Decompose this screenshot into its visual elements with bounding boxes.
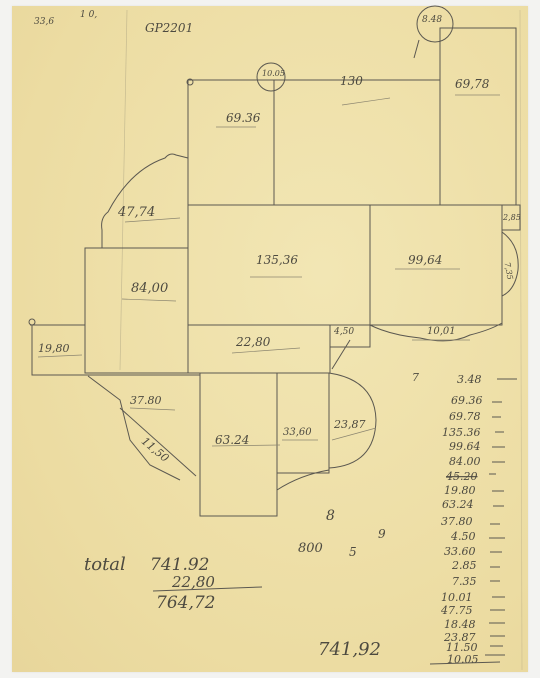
room-area-label: 23,87: [333, 418, 366, 431]
stray-note: 5: [349, 545, 357, 559]
room-area-label: 10,01: [427, 326, 456, 337]
sum-entry: 84.00: [449, 455, 481, 468]
sum-entry: 69.36: [451, 394, 483, 407]
room-area-label: 69,78: [455, 77, 490, 91]
room-area-label: 2,85: [502, 213, 521, 222]
final-total: 741,92: [318, 639, 381, 660]
sum-entry: 10.05: [447, 653, 479, 666]
room-area-label: 130: [340, 74, 363, 88]
sum-entry: 33.60: [444, 545, 476, 558]
sum-entry: 3.48: [457, 373, 482, 386]
addend-value: 22,80: [171, 573, 215, 591]
plan-quarter-circle: [102, 154, 188, 248]
sum-entry: 4.50: [450, 530, 476, 543]
sum-entry: 37.80: [441, 515, 473, 528]
sum-entry: 69.78: [449, 410, 481, 423]
sum-entry: 10.01: [441, 591, 473, 604]
room-area-label: 4,50: [333, 327, 354, 337]
sum-entry: 7.35: [452, 575, 477, 588]
stray-note: 9: [378, 527, 386, 541]
room-area-label: 19,80: [38, 342, 70, 355]
room-area-label: 37.80: [130, 394, 162, 407]
stray-note: 800: [298, 541, 323, 556]
sum-entry: 63.24: [442, 498, 474, 511]
room-area-label: 135,36: [256, 253, 298, 267]
room-area-label: 69.36: [226, 111, 261, 125]
stray-note: 7: [412, 371, 419, 384]
room-area-label: 47,74: [117, 205, 155, 220]
floor-plan-sketch: 69.36 130 69,78 47,74 135,36 99,64 84,00…: [0, 0, 540, 678]
header-notes: GP2201 33,6 1 0,: [34, 10, 193, 35]
room-labels: 69.36 130 69,78 47,74 135,36 99,64 84,00…: [38, 15, 521, 465]
label-underlines: [38, 95, 500, 446]
room-area-label: 7,35: [503, 261, 515, 280]
sum-entry: 135.36: [442, 426, 481, 439]
stray-note: 8: [326, 508, 335, 524]
sum-entry: 18.48: [444, 618, 476, 631]
sum-entry: 99.64: [449, 440, 481, 453]
room-area-label: 33,60: [283, 427, 312, 438]
room-area-label: 22,80: [235, 335, 271, 349]
room-area-label: 99,64: [408, 253, 442, 267]
corner-note: 33,6: [34, 17, 54, 27]
subtotal-value: 741.92: [150, 555, 209, 575]
sum-column: 3.48 69.36 69.78 135.36 99.64 84.00 45.2…: [430, 373, 517, 666]
sum-entry-struck: 45.20: [445, 470, 478, 483]
plan-outline-top: [187, 6, 516, 205]
room-area-label: 8.48: [422, 15, 442, 25]
result-value: 764,72: [156, 593, 215, 613]
room-area-label: 10.05: [262, 69, 285, 78]
sum-entry: 2.85: [451, 559, 477, 572]
reference-code: GP2201: [145, 21, 193, 35]
plan-outline-middle: [29, 205, 520, 375]
total-calculation: total 741.92 22,80 764,72 741,92: [84, 554, 381, 660]
sum-entry: 19.80: [444, 484, 476, 497]
room-area-label: 84,00: [131, 281, 168, 296]
total-label: total: [84, 554, 126, 575]
stray-notes: 8 800 5 9 7: [298, 371, 419, 559]
corner-note: 1 0,: [80, 10, 97, 20]
room-area-label: 63.24: [215, 433, 249, 447]
sum-entry: 47.75: [440, 604, 473, 617]
